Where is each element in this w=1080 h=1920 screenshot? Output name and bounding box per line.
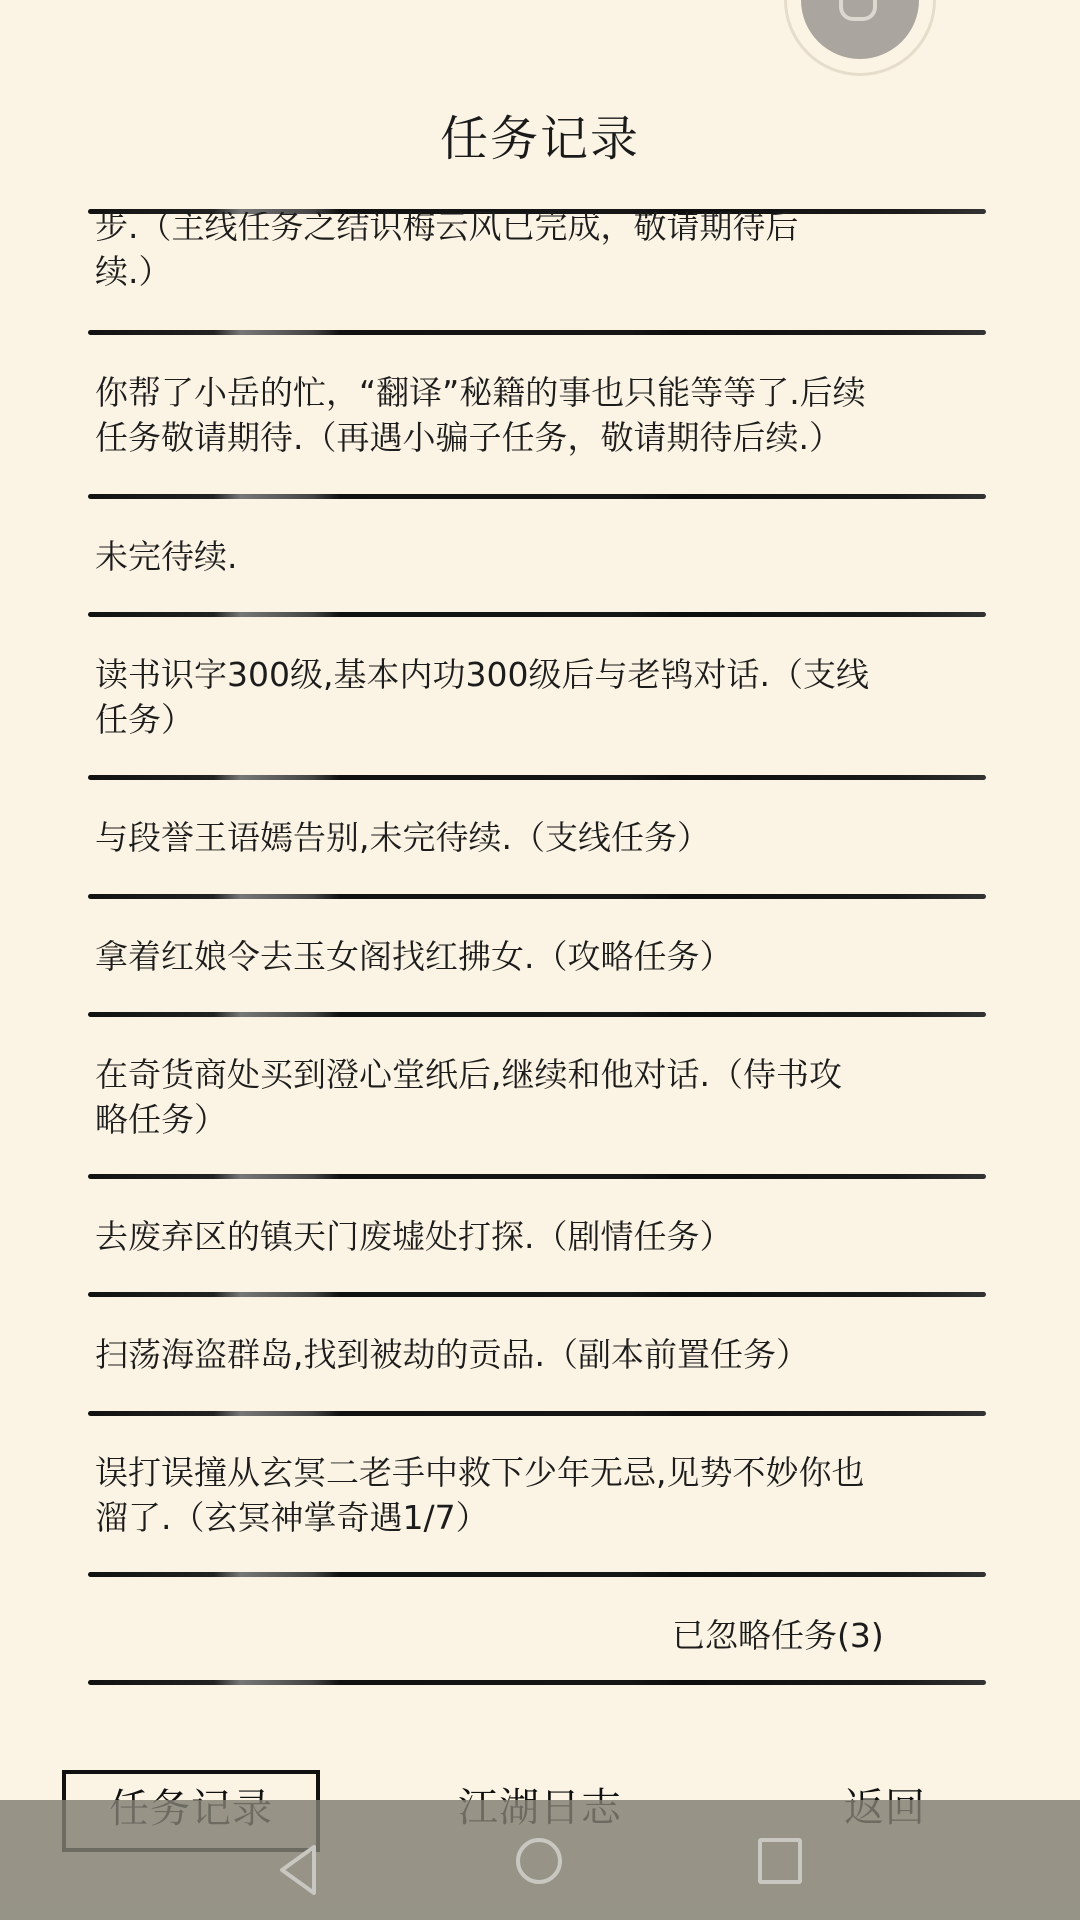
quest-entry-line: 续.）	[95, 249, 975, 294]
square-recents-icon[interactable]	[758, 1838, 802, 1884]
quest-entry[interactable]: 扫荡海盗群岛,找到被劫的贡品.（副本前置任务）	[95, 1332, 975, 1377]
system-navigation-bar	[0, 1800, 1080, 1920]
quest-entry[interactable]: 未完待续.	[95, 534, 975, 579]
divider	[88, 1680, 986, 1685]
quest-entry-line: 与段誉王语嫣告别,未完待续.（支线任务）	[95, 815, 975, 860]
divider	[88, 1292, 986, 1297]
quest-entry[interactable]: 去废弃区的镇天门废墟处打探.（剧情任务）	[95, 1214, 975, 1259]
quest-entry-line: 误打误撞从玄冥二老手中救下少年无忌,见势不妙你也	[95, 1450, 975, 1495]
quest-entry-line: 任务）	[95, 697, 975, 742]
quest-entry-line: 在奇货商处买到澄心堂纸后,继续和他对话.（侍书攻	[95, 1052, 975, 1097]
divider	[88, 1012, 986, 1017]
triangle-back-icon[interactable]	[278, 1844, 318, 1896]
circle-home-icon[interactable]	[516, 1838, 562, 1884]
quest-entry-line: 略任务）	[95, 1097, 975, 1142]
quest-entry-line: 读书识字300级,基本内功300级后与老鸨对话.（支线	[95, 652, 975, 697]
divider	[88, 612, 986, 617]
quest-entry-line: 去废弃区的镇天门废墟处打探.（剧情任务）	[95, 1214, 975, 1259]
quest-entry[interactable]: 读书识字300级,基本内功300级后与老鸨对话.（支线 任务）	[95, 652, 975, 742]
quest-entry[interactable]: 你帮了小岳的忙，“翻译”秘籍的事也只能等等了.后续 任务敬请期待.（再遇小骗子任…	[95, 370, 975, 460]
quest-entry-line: 任务敬请期待.（再遇小骗子任务，敬请期待后续.）	[95, 415, 975, 460]
floating-assistant-icon	[839, 0, 877, 21]
divider	[88, 775, 986, 780]
quest-entry[interactable]: 误打误撞从玄冥二老手中救下少年无忌,见势不妙你也 溜了.（玄冥神掌奇遇1/7）	[95, 1450, 975, 1540]
divider	[88, 1174, 986, 1179]
floating-assistant-button[interactable]	[784, 0, 936, 76]
page-title: 任务记录	[0, 100, 1080, 169]
quest-entry[interactable]: 拿着红娘令去玉女阁找红拂女.（攻略任务）	[95, 934, 975, 979]
ignored-quests-link[interactable]: 已忽略任务(3)	[672, 1610, 884, 1657]
quest-entry-line: 扫荡海盗群岛,找到被劫的贡品.（副本前置任务）	[95, 1332, 975, 1377]
divider	[88, 494, 986, 499]
divider	[88, 1572, 986, 1577]
quest-entry[interactable]: 步.（主线任务之结识梅云风已完成，敬请期待后 续.）	[95, 204, 975, 294]
divider	[88, 894, 986, 899]
divider	[88, 330, 986, 335]
quest-entry-line: 溜了.（玄冥神掌奇遇1/7）	[95, 1495, 975, 1540]
quest-entry-line: 未完待续.	[95, 534, 975, 579]
quest-entry-line: 你帮了小岳的忙，“翻译”秘籍的事也只能等等了.后续	[95, 370, 975, 415]
floating-assistant-inner	[801, 0, 919, 59]
quest-entry[interactable]: 与段誉王语嫣告别,未完待续.（支线任务）	[95, 815, 975, 860]
quest-entry-line: 拿着红娘令去玉女阁找红拂女.（攻略任务）	[95, 934, 975, 979]
quest-entry[interactable]: 在奇货商处买到澄心堂纸后,继续和他对话.（侍书攻 略任务）	[95, 1052, 975, 1142]
divider	[88, 1411, 986, 1416]
